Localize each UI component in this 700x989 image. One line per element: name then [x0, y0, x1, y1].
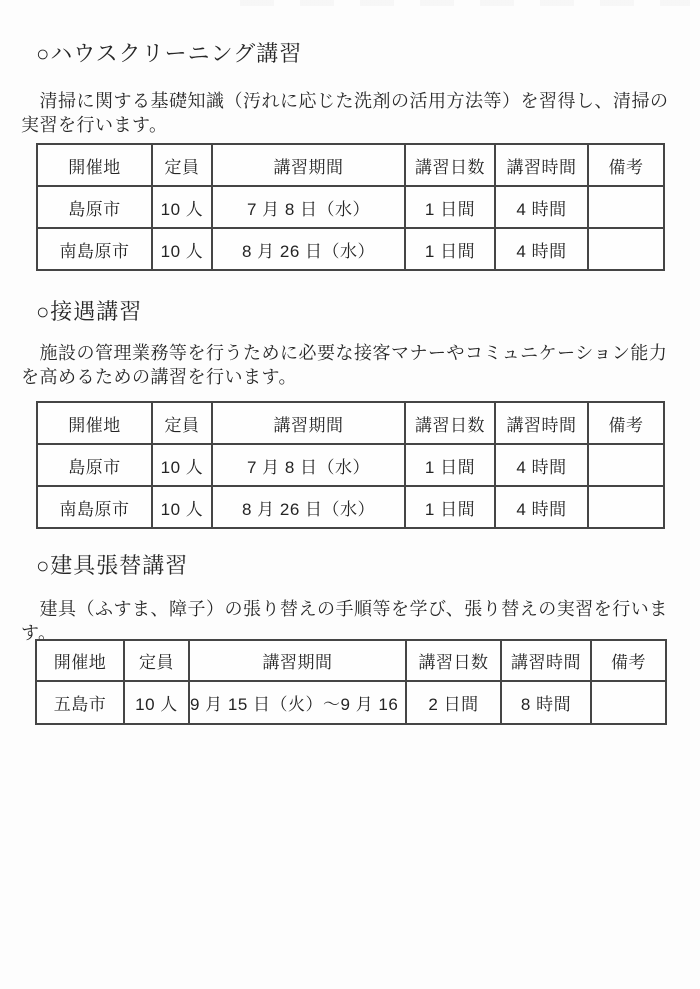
- header-venue: 開催地: [36, 640, 124, 681]
- cell-days: 1 日間: [405, 228, 495, 270]
- cell-hours: 4 時間: [495, 486, 588, 528]
- header-days: 講習日数: [406, 640, 501, 681]
- cell-period: 7 月 8 日（水）: [212, 186, 405, 228]
- cell-capacity: 10 人: [152, 186, 212, 228]
- cell-period: 7 月 8 日（水）: [212, 444, 405, 486]
- cell-days: 2 日間: [406, 681, 501, 724]
- cell-remarks: [591, 681, 666, 724]
- cell-remarks: [588, 228, 664, 270]
- cell-hours: 4 時間: [495, 228, 588, 270]
- cell-capacity: 10 人: [152, 228, 212, 270]
- section-heading-housecleaning: ○ハウスクリーニング講習: [36, 41, 302, 67]
- header-hours: 講習時間: [495, 144, 588, 186]
- header-days: 講習日数: [405, 402, 495, 444]
- header-venue: 開催地: [37, 402, 152, 444]
- cell-period: 8 月 26 日（水）: [212, 228, 405, 270]
- cell-period: 8 月 26 日（水）: [212, 486, 405, 528]
- header-remarks: 備考: [591, 640, 666, 681]
- cell-remarks: [588, 186, 664, 228]
- header-capacity: 定員: [152, 402, 212, 444]
- cell-venue: 島原市: [37, 186, 152, 228]
- cell-capacity: 10 人: [152, 444, 212, 486]
- cell-period: 9 月 15 日（火）～9 月 16 日（木）: [189, 681, 406, 724]
- cell-venue: 南島原市: [37, 228, 152, 270]
- header-remarks: 備考: [588, 144, 664, 186]
- cell-hours: 4 時間: [495, 444, 588, 486]
- section-heading-tategu: ○建具張替講習: [36, 553, 188, 579]
- cell-hours: 4 時間: [495, 186, 588, 228]
- table-header-row: 開催地 定員 講習期間 講習日数 講習時間 備考: [37, 402, 664, 444]
- cell-venue: 南島原市: [37, 486, 152, 528]
- table-row: 南島原市 10 人 8 月 26 日（水） 1 日間 4 時間: [37, 486, 664, 528]
- section-description-housecleaning: 清掃に関する基礎知識（汚れに応じた洗剤の活用方法等）を習得し、清掃の 実習を行い…: [21, 89, 689, 137]
- header-hours: 講習時間: [495, 402, 588, 444]
- description-line: 施設の管理業務等を行うために必要な接客マナーやコミュニケーション能力: [21, 341, 689, 365]
- section-description-settai: 施設の管理業務等を行うために必要な接客マナーやコミュニケーション能力 を高めるた…: [21, 341, 689, 389]
- table-header-row: 開催地 定員 講習期間 講習日数 講習時間 備考: [37, 144, 664, 186]
- cell-venue: 島原市: [37, 444, 152, 486]
- course-table-settai: 開催地 定員 講習期間 講習日数 講習時間 備考 島原市 10 人 7 月 8 …: [36, 401, 665, 529]
- description-line: を高めるための講習を行います。: [21, 365, 689, 389]
- cell-venue: 五島市: [36, 681, 124, 724]
- cell-capacity: 10 人: [152, 486, 212, 528]
- header-venue: 開催地: [37, 144, 152, 186]
- cell-remarks: [588, 444, 664, 486]
- cell-hours: 8 時間: [501, 681, 591, 724]
- header-remarks: 備考: [588, 402, 664, 444]
- table-header-row: 開催地 定員 講習期間 講習日数 講習時間 備考: [36, 640, 666, 681]
- section-heading-settai: ○接遇講習: [36, 299, 142, 325]
- table-row: 島原市 10 人 7 月 8 日（水） 1 日間 4 時間: [37, 186, 664, 228]
- description-line: 清掃に関する基礎知識（汚れに応じた洗剤の活用方法等）を習得し、清掃の: [21, 89, 689, 113]
- description-line: 建具（ふすま、障子）の張り替えの手順等を学び、張り替えの実習を行います。: [21, 597, 689, 645]
- scanned-document-page: ○ハウスクリーニング講習 清掃に関する基礎知識（汚れに応じた洗剤の活用方法等）を…: [0, 0, 700, 989]
- header-capacity: 定員: [124, 640, 189, 681]
- cell-days: 1 日間: [405, 444, 495, 486]
- table-row: 五島市 10 人 9 月 15 日（火）～9 月 16 日（木） 2 日間 8 …: [36, 681, 666, 724]
- cell-capacity: 10 人: [124, 681, 189, 724]
- section-description-tategu: 建具（ふすま、障子）の張り替えの手順等を学び、張り替えの実習を行います。: [21, 597, 689, 645]
- scan-artifact: [240, 0, 690, 6]
- header-period: 講習期間: [189, 640, 406, 681]
- cell-days: 1 日間: [405, 486, 495, 528]
- header-period: 講習期間: [212, 402, 405, 444]
- header-period: 講習期間: [212, 144, 405, 186]
- table-row: 島原市 10 人 7 月 8 日（水） 1 日間 4 時間: [37, 444, 664, 486]
- description-line: 実習を行います。: [21, 113, 689, 137]
- header-capacity: 定員: [152, 144, 212, 186]
- table-row: 南島原市 10 人 8 月 26 日（水） 1 日間 4 時間: [37, 228, 664, 270]
- cell-remarks: [588, 486, 664, 528]
- cell-days: 1 日間: [405, 186, 495, 228]
- header-hours: 講習時間: [501, 640, 591, 681]
- course-table-housecleaning: 開催地 定員 講習期間 講習日数 講習時間 備考 島原市 10 人 7 月 8 …: [36, 143, 665, 271]
- course-table-tategu: 開催地 定員 講習期間 講習日数 講習時間 備考 五島市 10 人 9 月 15…: [35, 639, 667, 725]
- header-days: 講習日数: [405, 144, 495, 186]
